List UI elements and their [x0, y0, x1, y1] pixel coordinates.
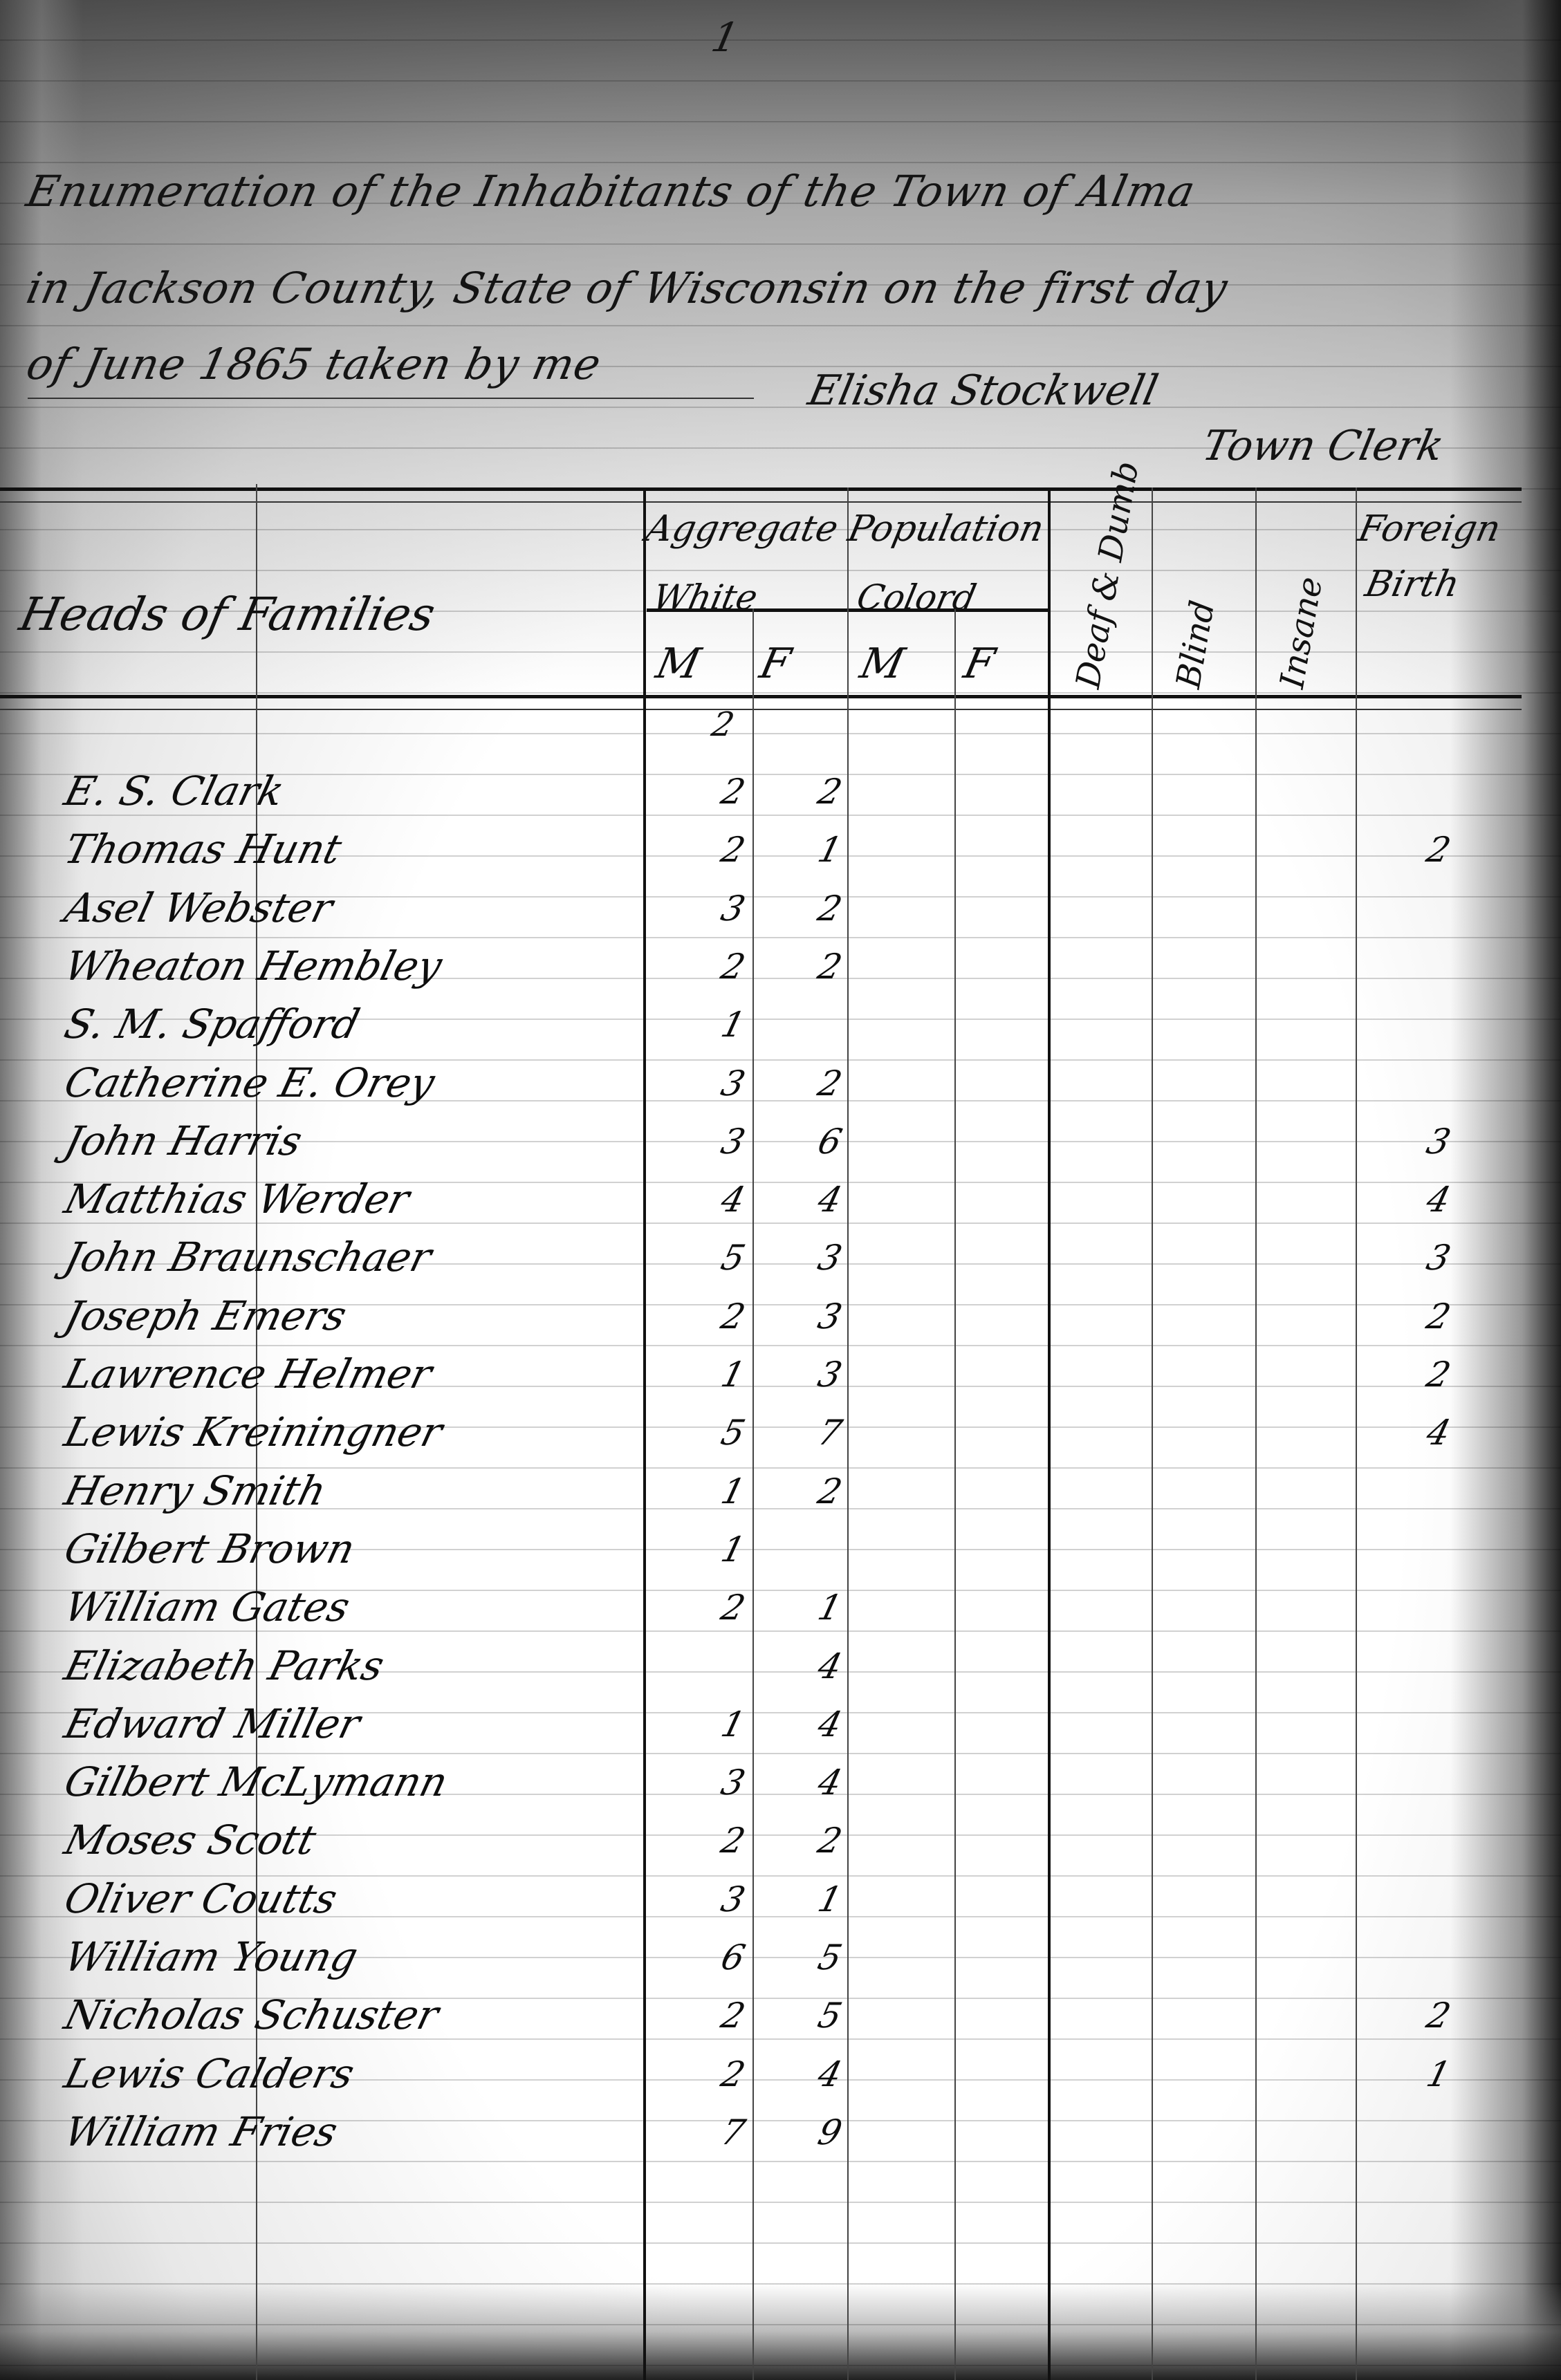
white-female-count: 3 — [804, 1355, 856, 1395]
table-row: E. S. Clark22 — [0, 768, 1561, 823]
white-female-count: 1 — [804, 830, 856, 870]
head-of-family-name: Lawrence Helmer — [60, 1350, 437, 1397]
white-male-count: 2 — [708, 1996, 759, 2036]
foreign-birth-count: 4 — [1413, 1413, 1464, 1453]
head-of-family-name: Catherine E. Orey — [60, 1059, 440, 1106]
table-row: Gilbert Brown1 — [0, 1525, 1561, 1581]
white-male-count: 7 — [708, 2112, 759, 2153]
white-female-count: 4 — [804, 2054, 856, 2094]
head-of-family-name: Wheaton Hembley — [60, 942, 447, 989]
head-of-family-name: Gilbert Brown — [60, 1525, 360, 1572]
foreign-birth-count: 1 — [1413, 2054, 1464, 2094]
white-male-count: 1 — [708, 1471, 759, 1512]
table-row: William Young65 — [0, 1933, 1561, 1989]
table-row: William Fries79 — [0, 2108, 1561, 2164]
header-foreign: Foreign — [1355, 508, 1504, 550]
white-female-count: 1 — [804, 1588, 856, 1628]
header-aggregate-population: Aggregate Population — [643, 508, 1048, 550]
table-row: John Braunschaer533 — [0, 1234, 1561, 1289]
head-of-family-name: William Gates — [60, 1583, 355, 1630]
census-page: 1 Enumeration of the Inhabitants of the … — [0, 0, 1561, 2380]
table-row: Catherine E. Orey32 — [0, 1059, 1561, 1115]
head-of-family-name: Joseph Emers — [60, 1292, 351, 1339]
signature-title: Town Clerk — [1199, 422, 1448, 470]
foreign-birth-count: 2 — [1413, 830, 1464, 870]
title-underline — [28, 398, 754, 399]
title-line-2: in Jackson County, State of Wisconsin on… — [22, 263, 1232, 313]
white-female-count: 2 — [804, 1063, 856, 1104]
head-of-family-name: William Fries — [60, 2108, 342, 2155]
white-female-count: 5 — [804, 1937, 856, 1978]
title-line-3: of June 1865 taken by me — [22, 339, 606, 389]
white-female-count: 5 — [804, 1996, 856, 2036]
table-row: Lewis Calders241 — [0, 2050, 1561, 2105]
white-male-count: 3 — [708, 1763, 759, 1803]
white-female-count: 4 — [804, 1704, 856, 1745]
table-row: Moses Scott22 — [0, 1816, 1561, 1872]
white-male-count: 2 — [708, 1588, 759, 1628]
table-row: Wheaton Hembley22 — [0, 942, 1561, 998]
white-female-count: 2 — [804, 1821, 856, 1861]
header-birth: Birth — [1362, 564, 1463, 605]
white-male-count: 4 — [708, 1180, 759, 1220]
white-female-count: 7 — [804, 1413, 856, 1453]
white-male-count: 3 — [708, 1879, 759, 1919]
head-of-family-name: Nicholas Schuster — [60, 1991, 443, 2038]
head-of-family-name: Asel Webster — [60, 884, 338, 931]
white-female-count: 2 — [804, 1471, 856, 1512]
white-female-count: 9 — [804, 2112, 856, 2153]
header-colored: Colord — [853, 577, 980, 617]
header-white: White — [649, 577, 761, 617]
head-of-family-name: John Harris — [60, 1117, 307, 1164]
table-row: Oliver Coutts31 — [0, 1875, 1561, 1931]
table-top-border-inner — [0, 501, 1522, 503]
table-header-bottom-border — [0, 695, 1522, 698]
header-heads-of-families: Heads of Families — [15, 588, 440, 641]
white-female-count: 4 — [804, 1646, 856, 1686]
white-male-count: 2 — [708, 2054, 759, 2094]
white-male-count: 1 — [708, 1704, 759, 1745]
white-male-count: 5 — [708, 1238, 759, 1278]
table-row: Matthias Werder444 — [0, 1175, 1561, 1231]
white-male-count: 3 — [708, 889, 759, 929]
head-of-family-name: Gilbert McLymann — [60, 1758, 453, 1805]
table-row: Gilbert McLymann34 — [0, 1758, 1561, 1814]
foreign-birth-count: 4 — [1413, 1180, 1464, 1220]
table-row: Elizabeth Parks4 — [0, 1642, 1561, 1698]
title-line-1: Enumeration of the Inhabitants of the To… — [22, 166, 1200, 216]
table-row: Lewis Kreiningner574 — [0, 1409, 1561, 1464]
head-of-family-name: William Young — [60, 1933, 363, 1980]
table-row: Nicholas Schuster252 — [0, 1991, 1561, 2047]
table-row: Asel Webster32 — [0, 884, 1561, 940]
white-male-count: 2 — [708, 1296, 759, 1337]
white-female-count: 3 — [804, 1296, 856, 1337]
white-male-count: 2 — [708, 772, 759, 812]
table-row: Thomas Hunt212 — [0, 826, 1561, 881]
white-male-count: 1 — [708, 1005, 759, 1045]
head-of-family-name: Oliver Coutts — [60, 1875, 342, 1922]
head-of-family-name: John Braunschaer — [60, 1234, 436, 1281]
white-male-count: 5 — [708, 1413, 759, 1453]
white-male-count: 1 — [708, 1355, 759, 1395]
white-male-count: 2 — [708, 947, 759, 987]
head-of-family-name: Thomas Hunt — [60, 826, 347, 873]
table-row: Lawrence Helmer132 — [0, 1350, 1561, 1406]
head-of-family-name: S. M. Spafford — [60, 1001, 364, 1048]
table-row: William Gates21 — [0, 1583, 1561, 1639]
foreign-birth-count: 2 — [1413, 1996, 1464, 2036]
head-of-family-name: Elizabeth Parks — [60, 1642, 389, 1689]
white-male-count: 2 — [708, 1821, 759, 1861]
white-male-count: 1 — [708, 1530, 759, 1570]
white-female-count: 6 — [804, 1122, 856, 1162]
table-top-border — [0, 487, 1522, 491]
head-of-family-name: Henry Smith — [60, 1467, 331, 1514]
white-female-count: 4 — [804, 1180, 856, 1220]
head-of-family-name: Matthias Werder — [60, 1175, 414, 1222]
white-female-count: 4 — [804, 1763, 856, 1803]
white-female-count: 1 — [804, 1879, 856, 1919]
head-of-family-name: Edward Miller — [60, 1700, 365, 1747]
white-male-count: 6 — [708, 1937, 759, 1978]
white-female-count: 3 — [804, 1238, 856, 1278]
head-of-family-name: E. S. Clark — [60, 768, 289, 815]
head-of-family-name: Lewis Kreiningner — [60, 1409, 447, 1456]
table-row: Joseph Emers232 — [0, 1292, 1561, 1348]
table-row: Henry Smith12 — [0, 1467, 1561, 1523]
table-row: John Harris363 — [0, 1117, 1561, 1173]
head-of-family-name: Moses Scott — [60, 1816, 321, 1863]
white-female-count: 2 — [804, 889, 856, 929]
white-male-count: 3 — [708, 1122, 759, 1162]
foreign-birth-count: 2 — [1413, 1355, 1464, 1395]
foreign-birth-count: 3 — [1413, 1238, 1464, 1278]
table-header-bottom-border-inner — [0, 709, 1522, 710]
table-row: Edward Miller14 — [0, 1700, 1561, 1756]
white-male-count: 2 — [708, 830, 759, 870]
white-female-count: 2 — [804, 772, 856, 812]
head-of-family-name: Lewis Calders — [60, 2050, 360, 2097]
table-row: S. M. Spafford1 — [0, 1001, 1561, 1056]
white-female-count: 2 — [804, 947, 856, 987]
foreign-birth-count: 2 — [1413, 1296, 1464, 1337]
enumerator-signature: Elisha Stockwell — [804, 366, 1163, 415]
foreign-birth-count: 3 — [1413, 1122, 1464, 1162]
white-male-count: 3 — [708, 1063, 759, 1104]
